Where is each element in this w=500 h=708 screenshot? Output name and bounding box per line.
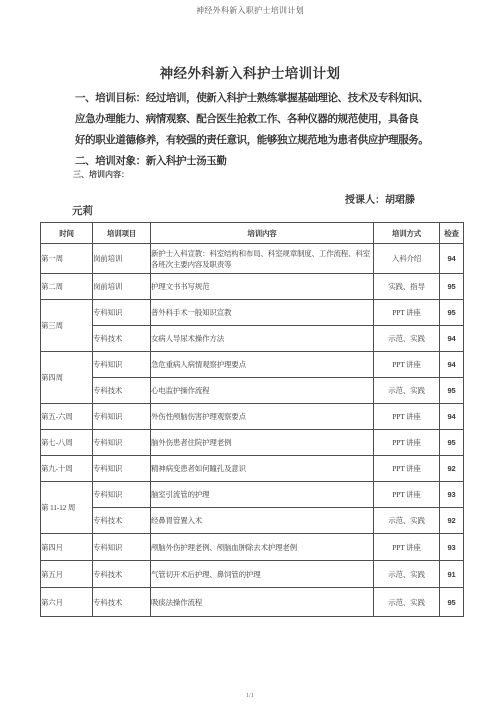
column-header-method: 培训方式	[374, 223, 440, 244]
cell-item: 专科技术	[93, 326, 151, 352]
cell-method: 入科介绍	[374, 244, 440, 274]
cell-method: PPT 讲座	[374, 482, 440, 508]
cell-method: PPT 讲座	[374, 430, 440, 456]
cell-score: 94	[440, 404, 464, 430]
cell-content: 急危重病人病情观察护理要点	[151, 352, 374, 378]
cell-score: 91	[440, 561, 464, 588]
cell-score: 92	[440, 456, 464, 482]
instructor-name-continued: 元莉	[72, 203, 93, 218]
cell-item: 岗前培训	[93, 244, 151, 274]
cell-score: 95	[440, 378, 464, 404]
cell-score: 93	[440, 482, 464, 508]
table-row: 第二周 岗前培训 护理文书书写规范 实践、指导 95	[41, 274, 464, 300]
cell-score: 95	[440, 430, 464, 456]
cell-item: 专科知识	[93, 456, 151, 482]
table-row: 第四周 专科知识 急危重病人病情观察护理要点 PPT 讲座 94	[41, 352, 464, 378]
cell-item: 专科知识	[93, 404, 151, 430]
column-header-time: 时间	[41, 223, 93, 244]
cell-time: 第五月	[41, 561, 93, 588]
cell-item: 专科技术	[93, 561, 151, 588]
table-row: 第五月 专科技术 气管切开术后护理、鼻饲管的护理 示范、实践 91	[41, 561, 464, 588]
cell-score: 95	[440, 274, 464, 300]
cell-item: 专科技术	[93, 378, 151, 404]
cell-method: 实践、指导	[374, 274, 440, 300]
cell-score: 94	[440, 326, 464, 352]
cell-item: 岗前培训	[93, 274, 151, 300]
cell-method: PPT 讲座	[374, 456, 440, 482]
section-label-content: 三、培训内容：	[73, 169, 129, 180]
cell-time: 第四周	[41, 352, 93, 404]
cell-item: 专科知识	[93, 534, 151, 561]
table-row: 第九-十周 专科知识 精神病变患者如何瞳孔及意识 PPT 讲座 92	[41, 456, 464, 482]
cell-time: 第五-六周	[41, 404, 93, 430]
table-row: 第六月 专科技术 吸痰法操作流程 示范、实践 95	[41, 588, 464, 617]
cell-content: 颅脑外伤护理老例、颅脑血肿除去术护理老例	[151, 534, 374, 561]
cell-method: 示范、实践	[374, 326, 440, 352]
cell-content: 经鼻胃管置入术	[151, 508, 374, 534]
cell-item: 专科技术	[93, 508, 151, 534]
table-row: 第七-八周 专科知识 脑外伤患者住院护理老例 PPT 讲座 95	[41, 430, 464, 456]
running-header: 神经外科新入职护士培训计划	[0, 5, 500, 16]
cell-content: 女病人导尿术操作方法	[151, 326, 374, 352]
cell-time: 第四月	[41, 534, 93, 561]
cell-score: 92	[440, 508, 464, 534]
cell-content: 护理文书书写规范	[151, 274, 374, 300]
cell-content: 心电监护操作流程	[151, 378, 374, 404]
cell-score: 95	[440, 588, 464, 617]
cell-content: 气管切开术后护理、鼻饲管的护理	[151, 561, 374, 588]
table-row: 专科技术 心电监护操作流程 示范、实践 95	[41, 378, 464, 404]
goal-line-3: 好的职业道德修养，有较强的责任意识，能够独立规范地为患者供应护理服务。	[75, 130, 420, 151]
table-row: 第三周 专科知识 普外科手术一般知识宣教 PPT 讲座 95	[41, 300, 464, 326]
cell-method: PPT 讲座	[374, 404, 440, 430]
cell-item: 专科技术	[93, 588, 151, 617]
instructor-label: 授课人：胡珺滕	[345, 191, 415, 206]
table-header-row: 时间 培训项目 培训内容 培训方式 检查	[41, 223, 464, 244]
cell-content: 新护士入科宣教：科室结构和布局、科室规章制度、工作流程、科室各班次主要内容及职责…	[151, 244, 374, 274]
table-row: 第四月 专科知识 颅脑外伤护理老例、颅脑血肿除去术护理老例 PPT 讲座 93	[41, 534, 464, 561]
cell-score: 94	[440, 244, 464, 274]
cell-score: 94	[440, 352, 464, 378]
cell-score: 95	[440, 300, 464, 326]
table-row: 第一周 岗前培训 新护士入科宣教：科室结构和布局、科室规章制度、工作流程、科室各…	[41, 244, 464, 274]
table-row: 专科技术 女病人导尿术操作方法 示范、实践 94	[41, 326, 464, 352]
cell-method: 示范、实践	[374, 378, 440, 404]
cell-time: 第 11-12 周	[41, 482, 93, 534]
cell-time: 第一周	[41, 244, 93, 274]
column-header-item: 培训项目	[93, 223, 151, 244]
cell-method: PPT 讲座	[374, 300, 440, 326]
training-content-table: 时间 培训项目 培训内容 培训方式 检查 第一周 岗前培训 新护士入科宣教：科室…	[40, 222, 464, 617]
column-header-check: 检查	[440, 223, 464, 244]
document-page: 神经外科新入职护士培训计划 神经外科新入科护士培训计划 一、培训目标：经过培训，…	[0, 0, 500, 708]
cell-time: 第九-十周	[41, 456, 93, 482]
cell-item: 专科知识	[93, 300, 151, 326]
cell-content: 普外科手术一般知识宣教	[151, 300, 374, 326]
cell-method: 示范、实践	[374, 561, 440, 588]
goal-line-1: 一、培训目标：经过培训，使新入科护士熟练掌握基础理论、技术及专科知识、	[75, 88, 420, 109]
cell-method: 示范、实践	[374, 508, 440, 534]
page-number: 1/1	[0, 693, 500, 699]
cell-content: 外伤性颅脑伤害护理观察要点	[151, 404, 374, 430]
cell-method: PPT 讲座	[374, 534, 440, 561]
cell-time: 第七-八周	[41, 430, 93, 456]
cell-score: 93	[440, 534, 464, 561]
cell-item: 专科知识	[93, 352, 151, 378]
page-title: 神经外科新入科护士培训计划	[0, 62, 500, 82]
table-row: 专科技术 经鼻胃管置入术 示范、实践 92	[41, 508, 464, 534]
cell-item: 专科知识	[93, 482, 151, 508]
goal-line-2: 应急办理能力、病情观察、配合医生抢救工作、各种仪器的规范使用，具备良	[75, 109, 420, 130]
table-row: 第五-六周 专科知识 外伤性颅脑伤害护理观察要点 PPT 讲座 94	[41, 404, 464, 430]
cell-method: PPT 讲座	[374, 352, 440, 378]
column-header-content: 培训内容	[151, 223, 374, 244]
training-goal-paragraph: 一、培训目标：经过培训，使新入科护士熟练掌握基础理论、技术及专科知识、 应急办理…	[75, 88, 420, 172]
cell-time: 第二周	[41, 274, 93, 300]
cell-item: 专科知识	[93, 430, 151, 456]
cell-content: 精神病变患者如何瞳孔及意识	[151, 456, 374, 482]
cell-time: 第六月	[41, 588, 93, 617]
cell-content: 吸痰法操作流程	[151, 588, 374, 617]
cell-time: 第三周	[41, 300, 93, 352]
table-row: 第 11-12 周 专科知识 脑室引流管的护理 PPT 讲座 93	[41, 482, 464, 508]
cell-content: 脑室引流管的护理	[151, 482, 374, 508]
cell-content: 脑外伤患者住院护理老例	[151, 430, 374, 456]
cell-method: 示范、实践	[374, 588, 440, 617]
